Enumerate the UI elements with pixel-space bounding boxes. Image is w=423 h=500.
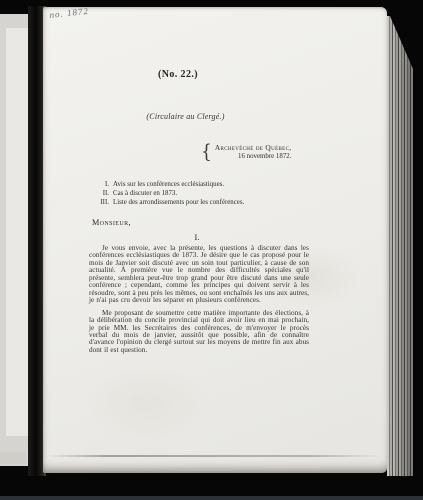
section-heading: I.: [43, 232, 351, 242]
contents-item-numeral: III.: [93, 198, 109, 207]
letterhead-brace-glyph: {: [201, 143, 212, 161]
scanned-page: no. 1872 (No. 22.) (Circulaire au Clergé…: [43, 7, 387, 473]
contents-item: I. Avis sur les conférences ecclésiastiq…: [93, 180, 244, 189]
circular-number: (No. 22.): [43, 69, 313, 80]
contents-item-numeral: II.: [93, 189, 109, 198]
letterhead-date: 16 novembre 1872.: [215, 153, 292, 162]
letterhead-lines: Archevêché de Québec, 16 novembre 1872.: [215, 144, 292, 161]
contents-item-text: Cas à discuter en 1873.: [113, 189, 177, 198]
contents-item: III. Liste des arrondissements pour les …: [93, 198, 244, 207]
bottom-photo-border: [0, 496, 423, 500]
letter-body: Je vous envoie, avec la présente, les qu…: [89, 245, 309, 354]
contents-item: II. Cas à discuter en 1873.: [93, 189, 244, 198]
body-paragraph: Je vous envoie, avec la présente, les qu…: [89, 245, 309, 305]
salutation: Monsieur,: [92, 218, 131, 227]
page-bottom-crease: [47, 455, 381, 457]
letterhead-place: Archevêché de Québec,: [215, 144, 292, 153]
contents-item-text: Liste des arrondissements pour les confé…: [113, 198, 244, 207]
contents-list: I. Avis sur les conférences ecclésiastiq…: [93, 180, 244, 207]
contents-item-text: Avis sur les conférences ecclésiastiques…: [113, 180, 224, 189]
circular-subtitle: (Circulaire au Clergé.): [43, 112, 328, 121]
book-fore-edge-pages: [387, 16, 413, 476]
body-paragraph: Me proposant de soumettre cette matière …: [89, 310, 309, 355]
contents-item-numeral: I.: [93, 180, 109, 189]
previous-page-bottom-step: [0, 452, 26, 464]
handwritten-annotation: no. 1872: [49, 6, 89, 20]
letterhead: { Archevêché de Québec, 16 novembre 1872…: [201, 144, 291, 161]
right-photo-border: [413, 0, 423, 500]
photo-background: no. 1872 (No. 22.) (Circulaire au Clergé…: [0, 0, 423, 500]
